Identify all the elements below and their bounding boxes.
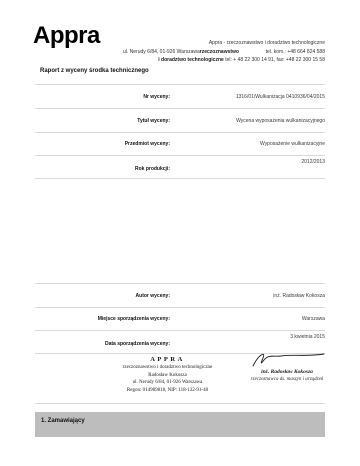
report-title: Raport z wyceny środka technicznego bbox=[40, 68, 149, 74]
field-value: Wycena wyposażenia wulkanizacyjnego bbox=[236, 118, 325, 124]
letterhead-services-bold: i doradztwo technologiczne bbox=[158, 57, 224, 63]
report-page: Appra Appra - rzeczoznawstwo i doradztwo… bbox=[0, 0, 360, 466]
field-label: Przedmiot wyceny: bbox=[35, 141, 170, 147]
field-value: Warszawa bbox=[302, 316, 325, 322]
field-value: 2012/2013 bbox=[301, 159, 325, 165]
stamp-line-regon-nip: Regon: 014989818, NIP: 118-132-91-40 bbox=[95, 387, 240, 395]
signature-title: rzeczoznawca ds. maszyn i urządzeń bbox=[243, 376, 331, 384]
letterhead-mobile-phone: tel. kom.: +48 664 824 588 bbox=[266, 48, 325, 57]
field-label: Autor wyceny: bbox=[35, 293, 170, 299]
field-row-autor-wyceny: Autor wyceny: inż. Radosław Kokosza bbox=[35, 284, 325, 308]
field-value: inż. Radosław Kokosza bbox=[273, 293, 325, 299]
letterhead-phone-line: i doradztwo technologiczne tel: + 48 22 … bbox=[123, 56, 325, 65]
divider-line bbox=[35, 403, 325, 404]
field-value: 1316/01/Wulkanizacja 0410936/04/2015 bbox=[236, 94, 325, 100]
handwritten-signature-icon bbox=[247, 350, 327, 368]
field-value: Wyposażenie wulkanizacyjne bbox=[260, 141, 325, 147]
field-label: Data sporządzenia wyceny: bbox=[35, 341, 170, 347]
field-label: Nr wyceny: bbox=[35, 94, 170, 100]
field-label: Rok produkcji: bbox=[35, 166, 170, 172]
letterhead-contact-block: Appra - rzeczoznawstwo i doradztwo techn… bbox=[123, 39, 325, 65]
letterhead-bold-word: rzeczoznawstwo bbox=[200, 49, 239, 55]
stamp-company-name: APPRA bbox=[95, 355, 240, 364]
field-row-miejsce-sporzadzenia: Miejsce sporządzenia wyceny: Warszawa bbox=[35, 308, 325, 331]
stamp-line-person: Radosław Kokosza bbox=[95, 372, 240, 380]
field-row-przedmiot-wyceny: Przedmiot wyceny: Wyposażenie wulkanizac… bbox=[35, 133, 325, 156]
signature-block: inż. Radosław Kokosza rzeczoznawca ds. m… bbox=[243, 350, 331, 384]
letterhead-phone-fax: tel: + 48 22 300 14 91, fax: +48 22 300 … bbox=[225, 57, 325, 63]
stamp-line-services: rzeczoznawstwo i doradztwo technologiczn… bbox=[95, 364, 240, 372]
field-label: Tytuł wyceny: bbox=[35, 118, 170, 124]
letterhead-tagline: Appra - rzeczoznawstwo i doradztwo techn… bbox=[123, 39, 325, 48]
field-row-rok-produkcji: Rok produkcji: 2012/2013 bbox=[35, 156, 325, 179]
stamp-line-address: ul. Nerudy 6/84, 01-926 Warszawa bbox=[95, 379, 240, 387]
company-stamp: APPRA rzeczoznawstwo i doradztwo technol… bbox=[95, 355, 240, 394]
field-value: 3 kwietnia 2015 bbox=[290, 334, 325, 340]
signature-name: inż. Radosław Kokosza bbox=[243, 368, 331, 376]
valuation-fields-bottom: Autor wyceny: inż. Radosław Kokosza Miej… bbox=[35, 283, 325, 354]
field-label: Miejsce sporządzenia wyceny: bbox=[35, 316, 170, 322]
company-logo: Appra bbox=[33, 22, 100, 50]
section-header-zamawiajacy: 1. Zamawiający bbox=[35, 412, 325, 437]
letterhead-address: ul. Nerudy 6/84, 01-926 Warszawarzeczozn… bbox=[123, 48, 239, 57]
valuation-fields-top: Nr wyceny: 1316/01/Wulkanizacja 0410936/… bbox=[35, 84, 325, 179]
letterhead-address-line: ul. Nerudy 6/84, 01-926 Warszawarzeczozn… bbox=[123, 48, 325, 57]
field-row-nr-wyceny: Nr wyceny: 1316/01/Wulkanizacja 0410936/… bbox=[35, 85, 325, 109]
field-row-tytul-wyceny: Tytuł wyceny: Wycena wyposażenia wulkani… bbox=[35, 109, 325, 133]
